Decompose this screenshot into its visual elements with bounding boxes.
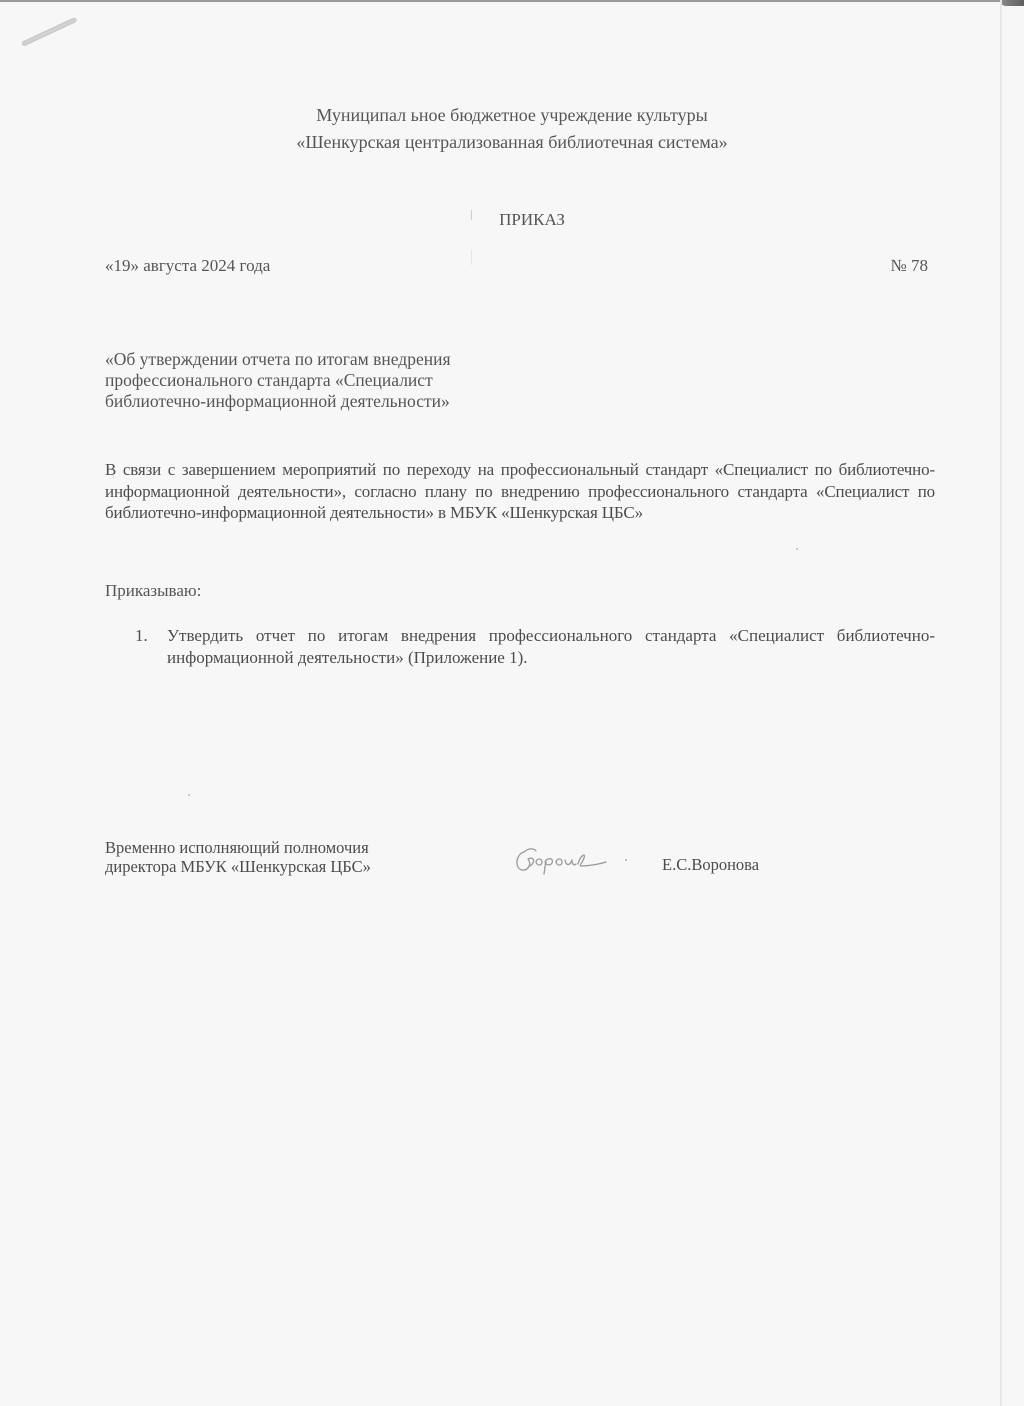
scan-speck	[188, 794, 190, 796]
position-line-2: директора МБУК «Шенкурская ЦБС»	[105, 857, 371, 876]
document-subject: «Об утверждении отчета по итогам внедрен…	[105, 349, 545, 412]
order-item: 1. Утвердить отчет по итогам внедрения п…	[105, 625, 935, 668]
document-date: «19» августа 2024 года	[105, 256, 270, 276]
document-type-title: ПРИКАЗ	[0, 210, 1024, 230]
order-heading: Приказываю:	[105, 581, 201, 601]
page-corner-shadow	[1000, 0, 1024, 6]
organization-header: Муниципал ьное бюджетное учреждение куль…	[0, 102, 1024, 156]
subject-line: «Об утверждении отчета по итогам внедрен…	[105, 349, 545, 370]
scan-speck	[796, 548, 798, 550]
scan-artifact-mark	[21, 17, 77, 47]
position-line-1: Временно исполняющий полномочия	[105, 838, 371, 857]
order-list: 1. Утвердить отчет по итогам внедрения п…	[105, 625, 935, 668]
signatory-name: Е.С.Воронова	[662, 855, 759, 875]
preamble-paragraph: В связи с завершением мероприятий по пер…	[105, 459, 935, 524]
document-type-label: ПРИКАЗ	[459, 210, 565, 229]
document-number: № 78	[891, 256, 928, 276]
signatory-position: Временно исполняющий полномочия директор…	[105, 838, 371, 876]
org-name-line-1: Муниципал ьное бюджетное учреждение куль…	[0, 102, 1024, 129]
subject-line: библиотечно-информационной деятельности»	[105, 391, 545, 412]
org-name-line-2: «Шенкурская централизованная библиотечна…	[0, 129, 1024, 156]
subject-line: профессионального стандарта «Специалист	[105, 370, 545, 391]
scan-center-crease	[471, 210, 472, 680]
page-top-edge	[0, 0, 1024, 2]
handwritten-signature-icon	[510, 842, 630, 876]
order-item-text: Утвердить отчет по итогам внедрения проф…	[167, 626, 935, 667]
order-item-number: 1.	[135, 625, 148, 647]
